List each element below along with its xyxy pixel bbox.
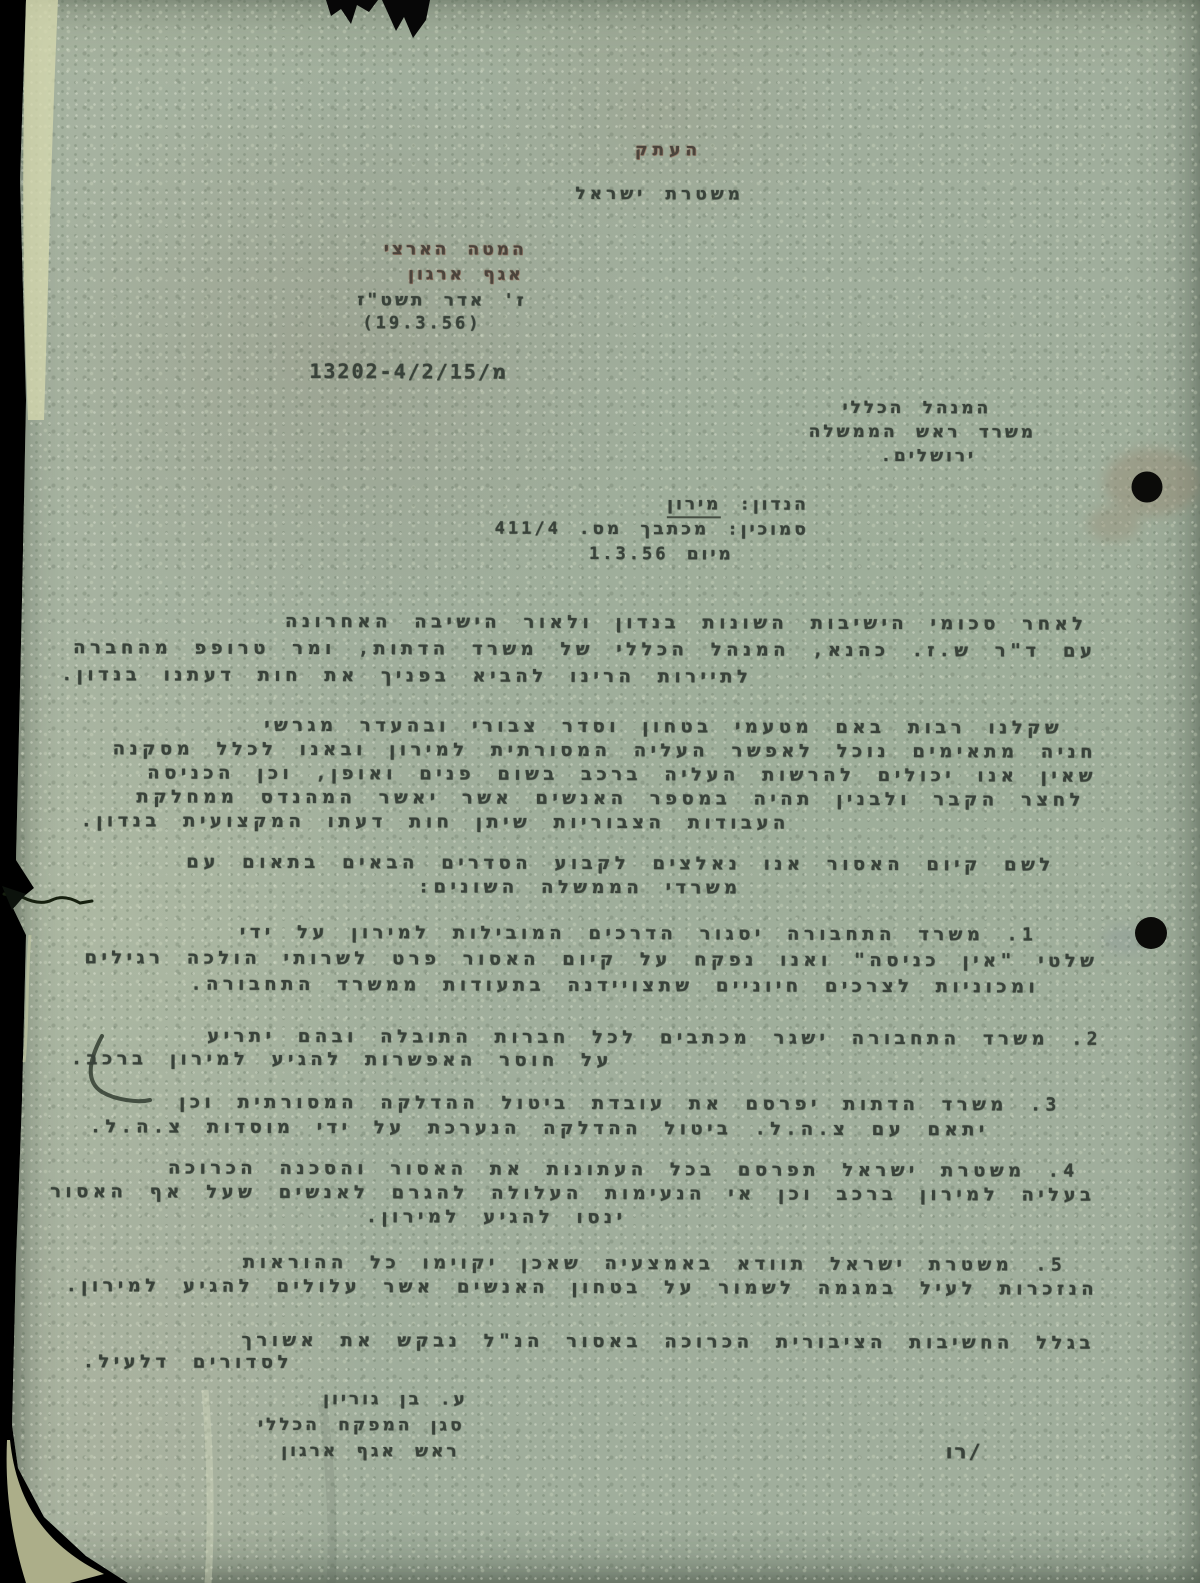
list-item-line: ומכוניות לצרכים חיוניים שתצויידנה בתעודו…	[191, 974, 1040, 998]
addressee-city: ירושלים.	[881, 446, 976, 466]
list-item-line: 3. משרד הדתות יפרסם את עובדת ביטול ההדלק…	[179, 1092, 1061, 1116]
body-line: לשם קיום האסור אנו נאלצים לקבוע הסדרים ה…	[186, 852, 1054, 876]
closing-line: בגלל החשיבות הציבורית הכרוכה באסור הנ"ל …	[241, 1330, 1095, 1354]
signature-title: סגן המפקח הכללי	[258, 1415, 465, 1436]
subject-value: מירון	[667, 494, 721, 518]
ref-number: 13202-4/2/15/מ	[309, 359, 508, 384]
list-item-line: שלטי "אין כניסה" ואנו נפקח על קיום האסור…	[84, 947, 1098, 972]
list-item-line: ינסו להגיע למירון.	[366, 1206, 626, 1228]
org-name: משטרת ישראל	[575, 184, 744, 205]
typist-initials: רו/	[946, 1439, 983, 1463]
closing-line: לסדורים דלעיל.	[83, 1351, 293, 1373]
body-line: העבודות הצבוריות שיתן חות דעתו המקצועית …	[81, 810, 790, 833]
body-line: חניה מתאימים נוכל לאפשר העליה המסורתית ל…	[113, 738, 1097, 762]
subject-line: הנדון: מירון	[667, 494, 809, 514]
copy-label: העתק	[635, 140, 702, 160]
list-item-line: 2. משרד התחבורה ישגר מכתבים לכל חברות הת…	[207, 1026, 1102, 1050]
addressee-title: המנהל הכללי	[842, 398, 991, 419]
subject-label: הנדון:	[740, 494, 809, 514]
list-item-line: על חוסר האפשרות להגיע למירון ברכב.	[71, 1048, 613, 1071]
body-line: לתיירות הרינו להביא בפניך את חות דעתנו ב…	[61, 664, 752, 687]
list-item-line: 1. משרד התחבורה יסגור הדרכים המובילות למ…	[240, 922, 1038, 946]
list-item-line: בעליה למירון ברכב וכן אי הנעימות העלולה …	[50, 1181, 1095, 1206]
body-line: לאחר סכומי הישיבות השונות בנדון ולאור הי…	[285, 611, 1088, 635]
header-line-hebrew-date: ז' אדר תשט"ז	[357, 290, 526, 311]
subject-reference-line: סמוכין: מכתבך מס. 411/4	[495, 519, 809, 540]
header-line-division: אגף ארגון	[408, 264, 524, 284]
list-item-line: 4. משטרת ישראל תפרסם בכל העתונות את האסו…	[168, 1157, 1079, 1181]
addressee-office: משרד ראש הממשלה	[809, 422, 1037, 443]
body-line: שאין אנו יכולים להרשות העליה ברכב בשום פ…	[147, 762, 1097, 786]
scanned-letter: העתק משטרת ישראל המטה הארצי אגף ארגון ז'…	[0, 0, 1200, 1583]
body-line: שקלנו רבות באם מטעמי בטחון וסדר צבורי וב…	[264, 715, 1063, 739]
list-item-line: הנזכרות לעיל במגמה לשמור על בטחון האנשים…	[66, 1275, 1098, 1300]
list-item-line: 5. משטרת ישראל תוודא באמצעיה שאכן יקוימו…	[243, 1252, 1066, 1276]
body-line: לחצר הקבר ולבנין תהיה במספר האנשים אשר י…	[136, 786, 1084, 810]
body-line: עם ד"ר ש.ז. כהנא, המנהל הכללי של משרד הד…	[73, 637, 1096, 662]
signature-title: ראש אגף ארגון	[281, 1441, 459, 1462]
signature-name: ע. בן גוריון	[323, 1389, 468, 1410]
header-line-hq: המטה הארצי	[384, 239, 527, 259]
subject-date-line: מיום 1.3.56	[589, 544, 734, 565]
letter-text-layer: העתק משטרת ישראל המטה הארצי אגף ארגון ז'…	[0, 0, 1200, 1583]
body-line: משרדי הממשלה השונים:	[418, 876, 741, 898]
header-line-date: (19.3.56)	[362, 313, 481, 333]
list-item-line: יתאם עם צ.ה.ל. ביטול ההדלקה הנערכת על יד…	[90, 1116, 989, 1140]
